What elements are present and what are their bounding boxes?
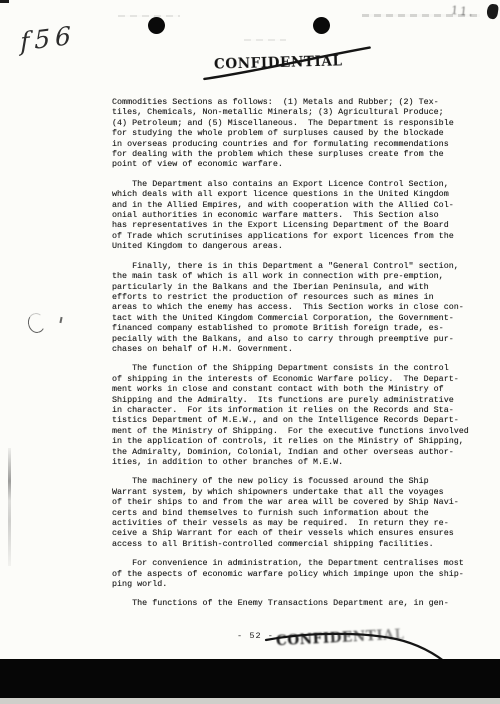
- paragraph: The functions of the Enemy Transactions …: [112, 598, 484, 608]
- text-line: Commodities Sections as follows: (1) Met…: [112, 97, 484, 107]
- text-line: (4) Petroleum; and (5) Miscellaneous. Th…: [112, 118, 484, 128]
- text-line: financed company established to promote …: [112, 323, 484, 333]
- text-line: efforts to restrict the production of re…: [112, 292, 484, 302]
- text-line: areas to which the enemy has access. Thi…: [112, 302, 484, 312]
- paragraph: For convenience in administration, the D…: [112, 558, 484, 589]
- corner-smudge-mark: 11.: [450, 4, 475, 19]
- text-line: ment works in close and constant contact…: [112, 384, 484, 394]
- text-line: of shipping in the interests of Economic…: [112, 374, 484, 384]
- text-line: for dealing with the problem which these…: [112, 149, 484, 159]
- text-line: in the application of controls, it relie…: [112, 436, 484, 446]
- text-line: Finally, there is in this Department a "…: [112, 261, 484, 271]
- text-line: the Admiralty, Dominion, Colonial, India…: [112, 447, 484, 457]
- corner-ink-blob: [486, 3, 499, 19]
- text-line: in character. For its information it rel…: [112, 405, 484, 415]
- text-line: For convenience in administration, the D…: [112, 558, 484, 568]
- text-line: the main task of which is all work in co…: [112, 271, 484, 281]
- scan-bottom-bar: [0, 659, 500, 698]
- text-line: tact with the United Kingdom Commercial …: [112, 313, 484, 323]
- paragraph: Commodities Sections as follows: (1) Met…: [112, 97, 484, 170]
- margin-circle-mark: [26, 311, 47, 334]
- confidential-stamp-bottom: CONFIDENTIAL: [276, 626, 405, 651]
- text-line: tistics Department of M.E.W., and on the…: [112, 415, 484, 425]
- text-line: onial authorities in economic warfare ma…: [112, 210, 484, 220]
- text-line: The functions of the Enemy Transactions …: [112, 598, 484, 608]
- paragraph: The Department also contains an Export L…: [112, 179, 484, 252]
- text-line: ities, in addition to other branches of …: [112, 457, 484, 467]
- paragraph: The machinery of the new policy is focus…: [112, 476, 484, 549]
- text-line: tiles, Chemicals, Non-metallic Minerals;…: [112, 107, 484, 117]
- scan-edge-dash: [0, 0, 9, 3]
- text-line: for studying the whole problem of surplu…: [112, 128, 484, 138]
- scan-edge-artifact: [8, 448, 11, 566]
- text-line: and in the Allied Empires, and with coop…: [112, 200, 484, 210]
- text-line: point of view of economic warfare.: [112, 159, 484, 169]
- text-line: The machinery of the new policy is focus…: [112, 476, 484, 486]
- text-line: of their ships to and from the war area …: [112, 497, 484, 507]
- text-line: ment of the Ministry of Shipping. For th…: [112, 426, 484, 436]
- text-line: of Trade which scrutinises applications …: [112, 231, 484, 241]
- margin-tick-mark: [59, 317, 62, 323]
- confidential-stamp-top-text: CONFIDENTIAL: [214, 53, 343, 72]
- text-line: ceive a Ship Warrant for each of their v…: [112, 528, 484, 538]
- scan-streak: [244, 39, 286, 41]
- text-line: in overseas producing countries and for …: [112, 139, 484, 149]
- paragraph: Finally, there is in this Department a "…: [112, 261, 484, 355]
- text-line: pecially with the Balkans, and also to c…: [112, 334, 484, 344]
- text-body: Commodities Sections as follows: (1) Met…: [112, 97, 484, 609]
- scan-streak: [118, 15, 180, 17]
- text-line: The function of the Shipping Department …: [112, 363, 484, 373]
- handwritten-annotation: f56: [20, 21, 76, 57]
- text-line: ping world.: [112, 579, 484, 589]
- text-line: The Department also contains an Export L…: [112, 179, 484, 189]
- text-line: which deals with all export licence ques…: [112, 189, 484, 199]
- scan-bottom-strip: [0, 698, 500, 704]
- hole-punch-dot-left: [148, 17, 165, 34]
- text-line: chases on behalf of H.M. Government.: [112, 344, 484, 354]
- text-line: has representatives in the Export Licens…: [112, 220, 484, 230]
- document-page: 11. f56 CONFIDENTIAL Commodities Section…: [0, 0, 500, 704]
- confidential-stamp-bottom-text: CONFIDENTIAL: [276, 627, 405, 650]
- hole-punch-dot-right: [313, 17, 330, 34]
- confidential-stamp-top: CONFIDENTIAL: [214, 52, 343, 73]
- text-line: Shipping and the Admiralty. Its function…: [112, 395, 484, 405]
- text-line: United Kingdom to dangerous areas.: [112, 241, 484, 251]
- paragraph: The function of the Shipping Department …: [112, 363, 484, 467]
- text-line: certs and bind themselves to furnish suc…: [112, 508, 484, 518]
- text-line: particularly in the Balkans and the Iber…: [112, 282, 484, 292]
- text-line: Warrant system, by which shipowners unde…: [112, 487, 484, 497]
- text-line: of the aspects of economic warfare polic…: [112, 569, 484, 579]
- text-line: activities of their vessels as may be re…: [112, 518, 484, 528]
- page-number: - 52 -: [237, 631, 274, 641]
- text-line: access to all British-controlled commerc…: [112, 539, 484, 549]
